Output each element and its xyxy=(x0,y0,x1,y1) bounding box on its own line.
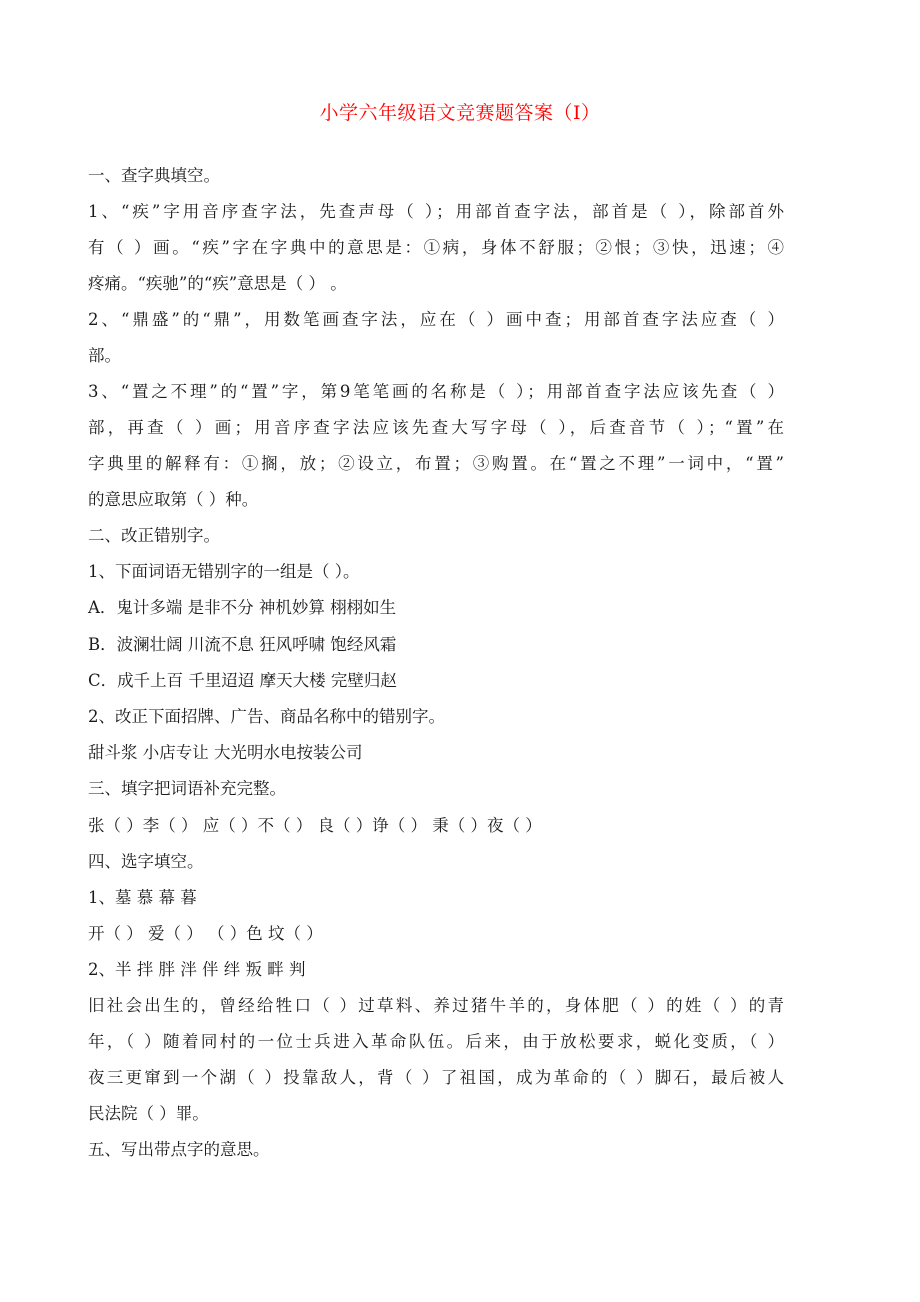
paragraph-line: 年，（ ）随着同村的一位士兵进入革命队伍。后来，由于放松要求，蜕化变质，（ ） xyxy=(88,1030,784,1054)
paragraph-line: 民法院（ ）罪。 xyxy=(88,1102,209,1126)
option-b: B．波澜壮阔 川流不息 狂风呼啸 饱经风霜 xyxy=(88,633,396,657)
paragraph-line: 开（ ） 爱（ ） （ ）色 坟（ ） xyxy=(88,922,323,946)
document-title: 小学六年级语文竞赛题答案（I） xyxy=(0,99,920,127)
paragraph-line: 有（ ）画。“疾”字在字典中的意思是：①病，身体不舒服；②恨；③快，迅速；④ xyxy=(88,236,784,260)
section-heading-3: 三、填字把词语补充完整。 xyxy=(88,777,286,801)
paragraph-line: 部，再查（ ）画；用音序查字法应该先查大写字母（ ），后查音节（ ）；“置”在 xyxy=(88,416,784,440)
paragraph-line: 字典里的解释有：①搁，放；②设立，布置；③购置。在“置之不理”一词中，“置” xyxy=(88,452,784,476)
question-line: 2、半 拌 胖 泮 伴 绊 叛 畔 判 xyxy=(88,958,305,982)
paragraph-line: 2、“鼎盛”的“鼎”，用数笔画查字法，应在（ ）画中查；用部首查字法应查（ ） xyxy=(88,308,784,332)
question-line: 1、墓 慕 幕 暮 xyxy=(88,886,197,910)
paragraph-line: 甜斗浆 小店专让 大光明水电按装公司 xyxy=(88,741,363,765)
section-heading-5: 五、写出带点字的意思。 xyxy=(88,1138,270,1162)
document-page: 小学六年级语文竞赛题答案（I） 一、查字典填空。 1、“疾”字用音序查字法，先查… xyxy=(0,0,920,1302)
paragraph-line: 张（ ）李（ ） 应（ ）不（ ） 良（ ）诤（ ） 秉（ ）夜（ ） xyxy=(88,814,542,838)
paragraph-line: 的意思应取第（ ）种。 xyxy=(88,488,258,512)
section-heading-4: 四、选字填空。 xyxy=(88,850,204,874)
question-line: 2、改正下面招牌、广告、商品名称中的错别字。 xyxy=(88,705,445,729)
paragraph-line: 3、“置之不理”的“置”字，第9笔笔画的名称是（ ）；用部首查字法应该先查（ ） xyxy=(88,380,784,404)
paragraph-line: 1、“疾”字用音序查字法，先查声母（ ）；用部首查字法，部首是（ ），除部首外 xyxy=(88,200,784,224)
paragraph-line: 疼痛。“疾驰”的“疾”意思是（ ） 。 xyxy=(88,272,347,296)
paragraph-line: 旧社会出生的，曾经给牲口（ ）过草料、养过猪牛羊的，身体肥（ ）的姓（ ）的青 xyxy=(88,994,784,1018)
option-a: A．鬼计多端 是非不分 神机妙算 栩栩如生 xyxy=(88,596,396,620)
paragraph-line: 夜三更窜到一个湖（ ）投靠敌人，背（ ）了祖国，成为革命的（ ）脚石，最后被人 xyxy=(88,1066,784,1090)
question-line: 1、下面词语无错别字的一组是（ ）。 xyxy=(88,560,360,584)
section-heading-2: 二、改正错别字。 xyxy=(88,524,220,548)
paragraph-line: 部。 xyxy=(88,344,121,368)
section-heading-1: 一、查字典填空。 xyxy=(88,164,220,188)
option-c: C．成千上百 千里迢迢 摩天大楼 完壁归赵 xyxy=(88,669,397,693)
